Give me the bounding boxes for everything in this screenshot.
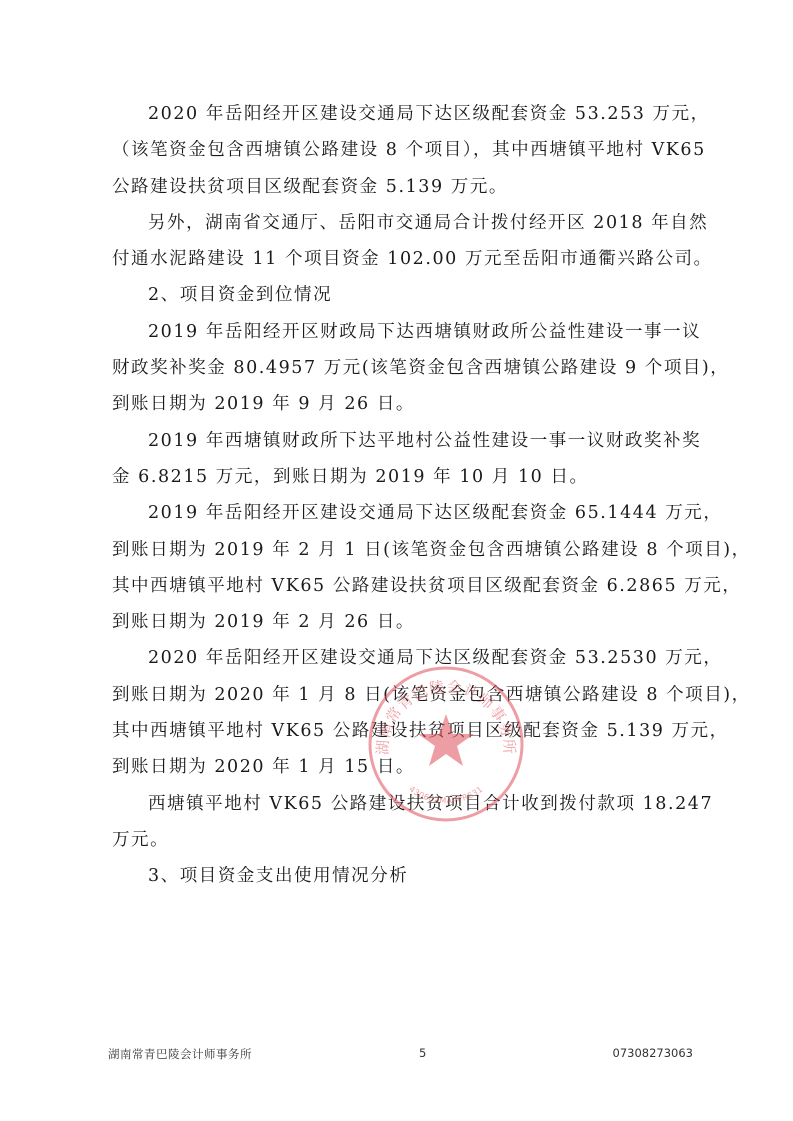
text-line: 财政奖补奖金 80.4957 万元(该笔资金包含西塘镇公路建设 9 个项目)， bbox=[112, 354, 684, 390]
text-line: 其中西塘镇平地村 VK65 公路建设扶贫项目区级配套资金 5.139 万元， bbox=[112, 717, 684, 753]
text-line: 2020 年岳阳经开区建设交通局下达区级配套资金 53.2530 万元， bbox=[112, 644, 684, 680]
paragraph-total-received: 西塘镇平地村 VK65 公路建设扶贫项目合计收到拨付款项 18.247 万元。 bbox=[112, 790, 684, 863]
text-line: 付通水泥路建设 11 个项目资金 102.00 万元至岳阳市通衢兴路公司。 bbox=[112, 245, 684, 281]
text-line: 万元。 bbox=[112, 826, 684, 862]
document-body: 2020 年岳阳经开区建设交通局下达区级配套资金 53.253 万元， （该笔资… bbox=[112, 100, 684, 899]
paragraph-transport-bureau-2020: 2020 年岳阳经开区建设交通局下达区级配套资金 53.2530 万元， 到账日… bbox=[112, 644, 684, 789]
text-line: 到账日期为 2020 年 1 月 15 日。 bbox=[112, 753, 684, 789]
page-number: 5 bbox=[419, 1046, 426, 1060]
text-line: 2019 年岳阳经开区建设交通局下达区级配套资金 65.1444 万元， bbox=[112, 499, 684, 535]
paragraph-transport-bureau-2019: 2019 年岳阳经开区建设交通局下达区级配套资金 65.1444 万元， 到账日… bbox=[112, 499, 684, 644]
text-line: （该笔资金包含西塘镇公路建设 8 个项目），其中西塘镇平地村 VK65 bbox=[112, 136, 684, 172]
footer-firm-name: 湖南常青巴陵会计师事务所 bbox=[108, 1046, 252, 1062]
paragraph-town-finance-2019: 2019 年西塘镇财政所下达平地村公益性建设一事一议财政奖补奖 金 6.8215… bbox=[112, 427, 684, 500]
text-line: 其中西塘镇平地村 VK65 公路建设扶贫项目区级配套资金 6.2865 万元， bbox=[112, 572, 684, 608]
section-heading: 3、项目资金支出使用情况分析 bbox=[112, 862, 684, 898]
text-line: 金 6.8215 万元，到账日期为 2019 年 10 月 10 日。 bbox=[112, 463, 684, 499]
text-line: 西塘镇平地村 VK65 公路建设扶贫项目合计收到拨付款项 18.247 bbox=[112, 790, 684, 826]
paragraph-finance-bureau-2019: 2019 年岳阳经开区财政局下达西塘镇财政所公益性建设一事一议 财政奖补奖金 8… bbox=[112, 318, 684, 427]
paragraph-additional-funding: 另外，湖南省交通厅、岳阳市交通局合计拨付经开区 2018 年自然 付通水泥路建设… bbox=[112, 209, 684, 282]
document-page: 2020 年岳阳经开区建设交通局下达区级配套资金 53.253 万元， （该笔资… bbox=[0, 0, 793, 1121]
text-line: 另外，湖南省交通厅、岳阳市交通局合计拨付经开区 2018 年自然 bbox=[112, 209, 684, 245]
page-footer: 湖南常青巴陵会计师事务所 5 07308273063 bbox=[108, 1046, 693, 1066]
footer-phone: 07308273063 bbox=[613, 1046, 693, 1060]
text-line: 公路建设扶贫项目区级配套资金 5.139 万元。 bbox=[112, 173, 684, 209]
text-line: 2019 年岳阳经开区财政局下达西塘镇财政所公益性建设一事一议 bbox=[112, 318, 684, 354]
text-line: 到账日期为 2019 年 2 月 1 日(该笔资金包含西塘镇公路建设 8 个项目… bbox=[112, 536, 684, 572]
text-line: 到账日期为 2019 年 9 月 26 日。 bbox=[112, 390, 684, 426]
text-line: 到账日期为 2019 年 2 月 26 日。 bbox=[112, 608, 684, 644]
section-heading-expenditure-analysis: 3、项目资金支出使用情况分析 bbox=[112, 862, 684, 898]
section-heading: 2、项目资金到位情况 bbox=[112, 281, 684, 317]
text-line: 2020 年岳阳经开区建设交通局下达区级配套资金 53.253 万元， bbox=[112, 100, 684, 136]
text-line: 2019 年西塘镇财政所下达平地村公益性建设一事一议财政奖补奖 bbox=[112, 427, 684, 463]
text-line: 到账日期为 2020 年 1 月 8 日(该笔资金包含西塘镇公路建设 8 个项目… bbox=[112, 681, 684, 717]
section-heading-funds-arrival: 2、项目资金到位情况 bbox=[112, 281, 684, 317]
paragraph-funding-2020: 2020 年岳阳经开区建设交通局下达区级配套资金 53.253 万元， （该笔资… bbox=[112, 100, 684, 209]
